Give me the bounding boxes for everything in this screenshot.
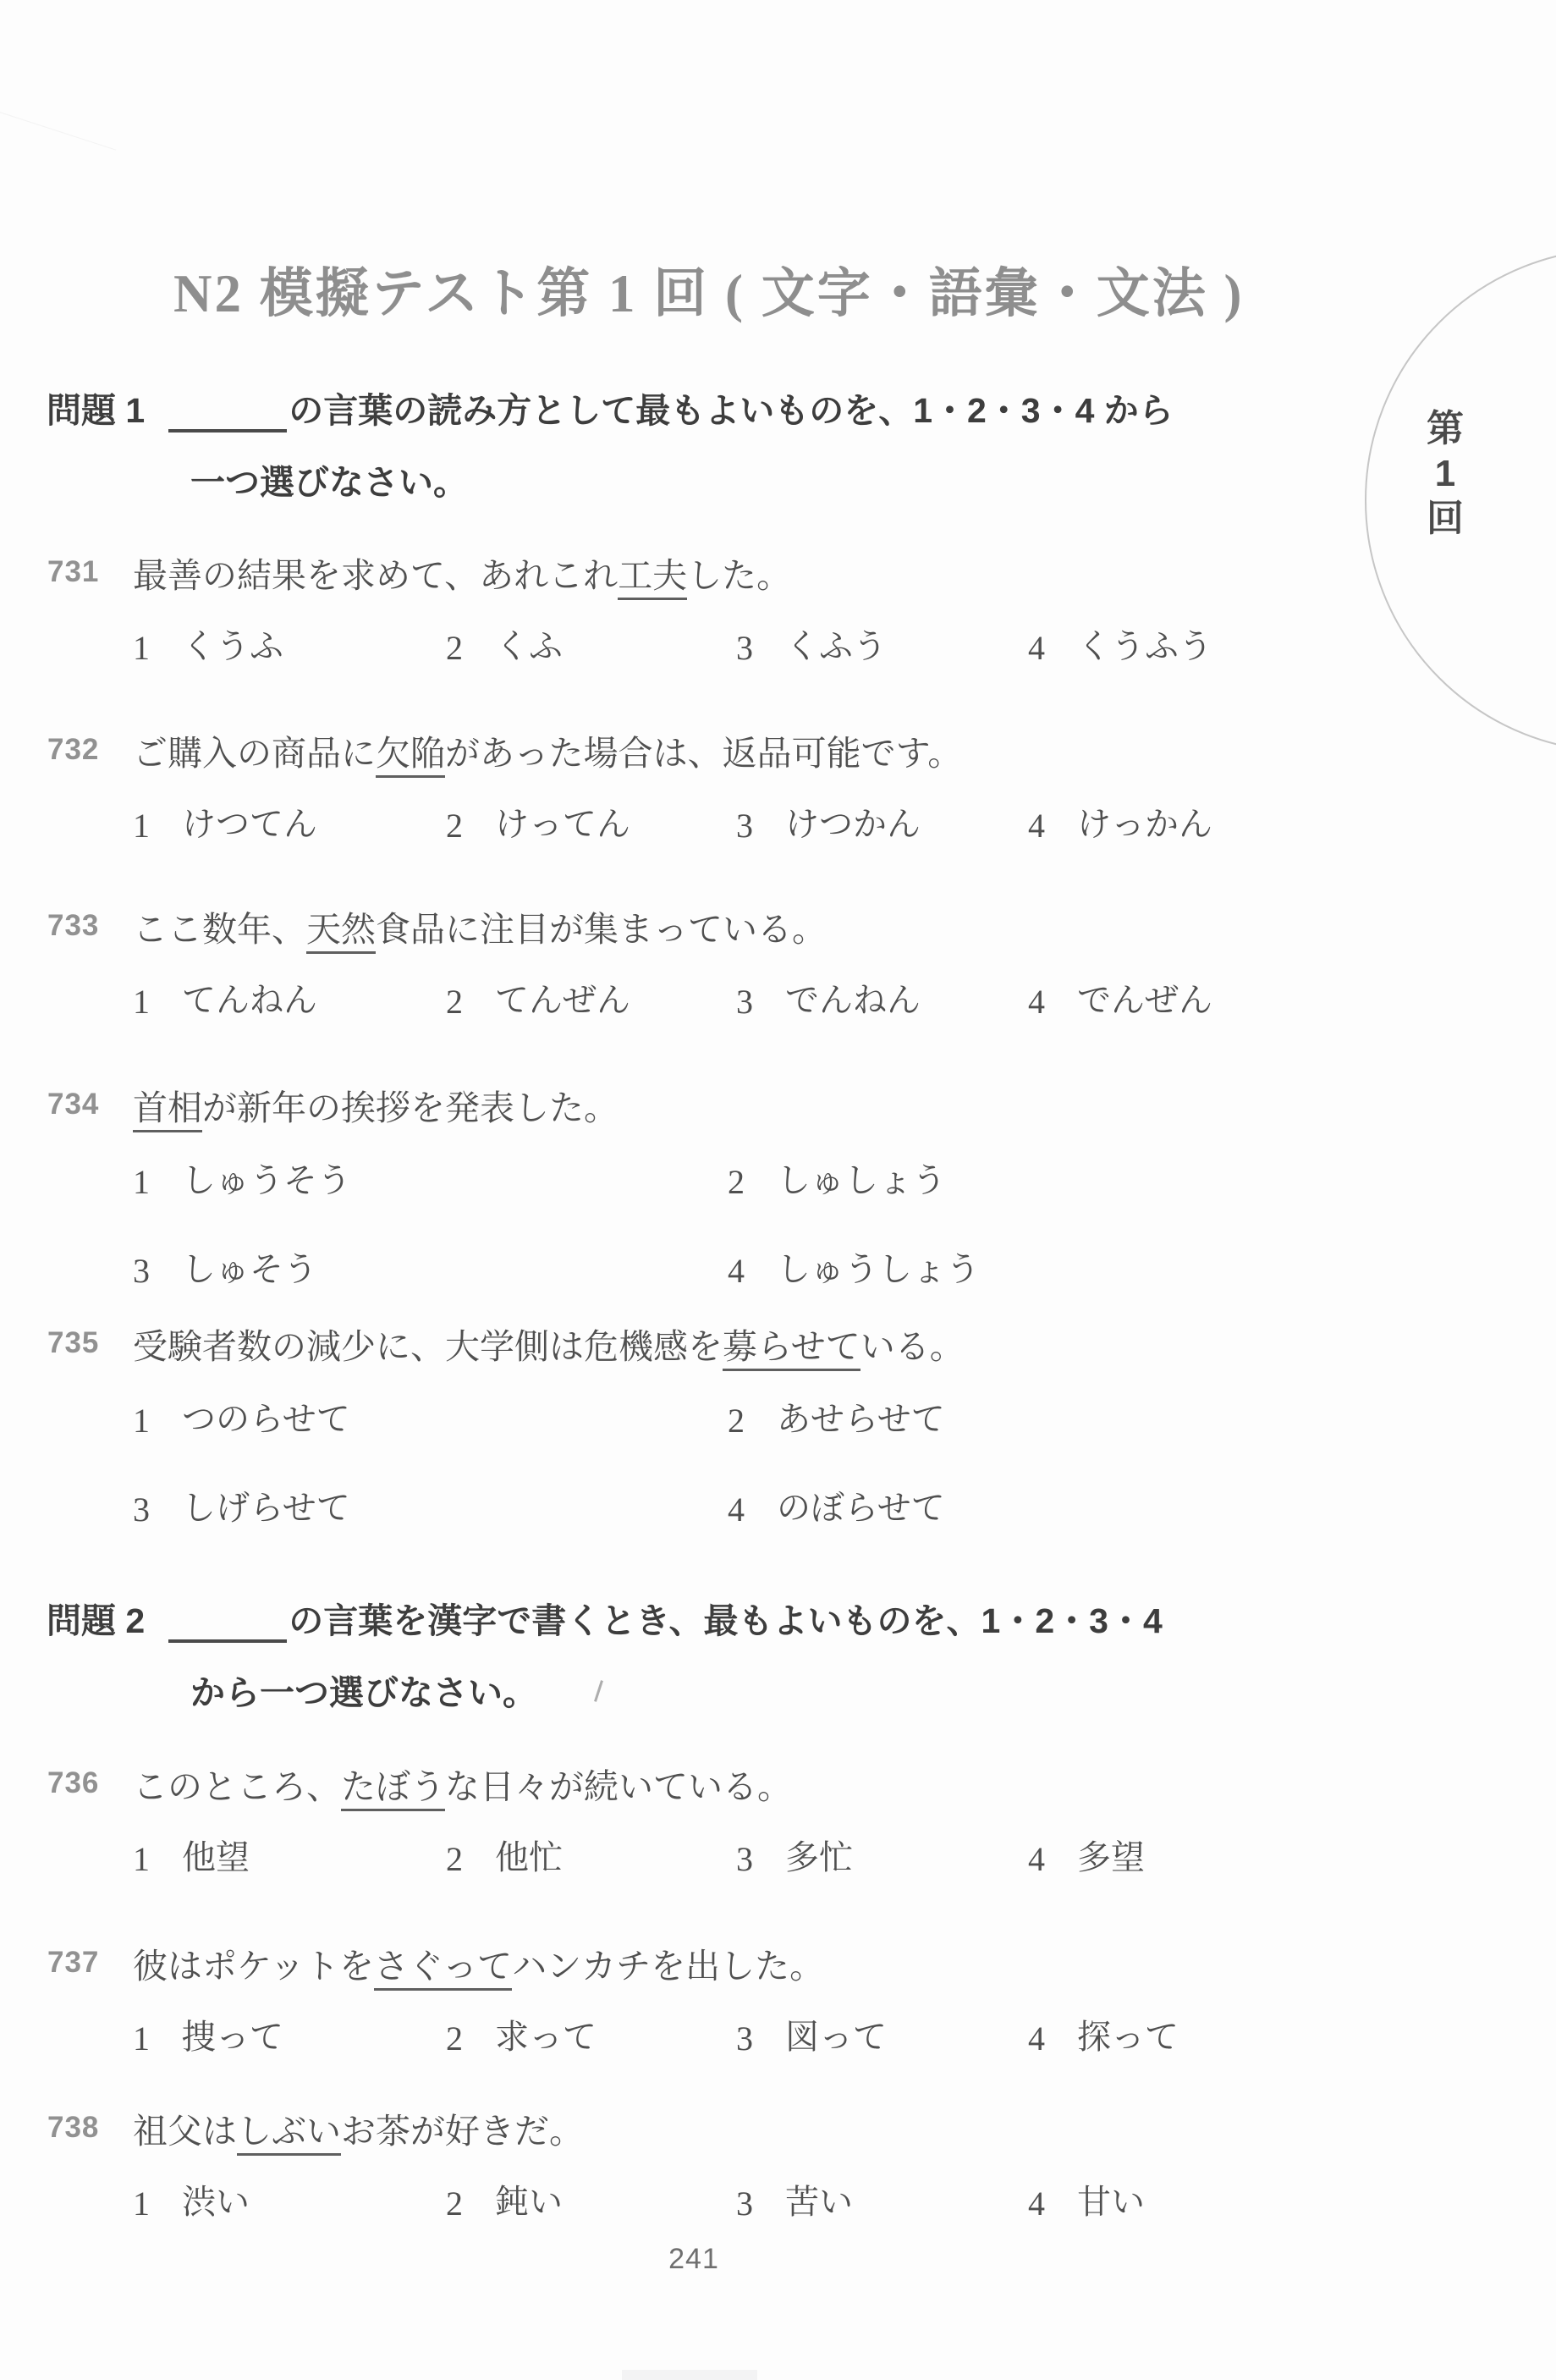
sentence-post: いる。 [860, 1327, 965, 1366]
page-title: N2 模擬テスト第 1 回 ( 文字・語彙・文法 ) [173, 251, 1240, 328]
section1-heading-line1: 問題 1 の言葉の読み方として最もよいものを、1・2・3・4 から [47, 383, 1174, 432]
option-text: くふ [495, 620, 563, 668]
option-number: 3 [736, 628, 753, 668]
option-text: けっかん [1077, 797, 1212, 846]
question-number: 735 [47, 1326, 99, 1360]
option-text: しげらせて [182, 1481, 350, 1529]
blank-underline [168, 1606, 287, 1643]
option-text: 他忙 [495, 1831, 563, 1879]
option-text: くうふう [1077, 620, 1212, 668]
section2-heading: 問題 2 の言葉を漢字で書くとき、最もよいものを、1・2・3・4 から一つ選びな… [47, 1593, 1163, 1715]
answer-option: 1つのらせて [133, 1392, 350, 1441]
answer-option: 4でんぜん [1028, 973, 1212, 1022]
option-text: しゅしょう [777, 1154, 946, 1202]
question-sentence: ここ数年、天然食品に注目が集まっている。 [133, 906, 827, 953]
question-number: 738 [47, 2111, 99, 2145]
option-number: 1 [133, 982, 150, 1022]
section1-label: 問題 1 [47, 383, 145, 432]
page-number: 241 [643, 2243, 745, 2276]
sentence-underlined-word: 欠陥 [376, 734, 445, 778]
answer-option: 3多忙 [736, 1831, 853, 1879]
option-number: 4 [728, 1490, 745, 1529]
answer-option: 2けってん [446, 797, 630, 846]
option-text: 探って [1077, 2010, 1179, 2058]
option-text: 渋い [182, 2175, 250, 2223]
option-number: 1 [133, 1162, 150, 1202]
sentence-post: が新年の挨拶を発表した。 [202, 1088, 619, 1127]
answer-option: 2鈍い [446, 2175, 563, 2223]
answer-option: 1渋い [133, 2175, 250, 2223]
question-sentence: 最善の結果を求めて、あれこれ工夫した。 [133, 552, 791, 599]
section1-instruction-line1: の言葉の読み方として最もよいものを、1・2・3・4 から [289, 383, 1174, 432]
option-number: 4 [1028, 2184, 1045, 2223]
scan-crease-artifact [0, 62, 132, 150]
question-number: 731 [47, 555, 99, 589]
question-number: 736 [47, 1766, 99, 1800]
option-number: 4 [1028, 806, 1045, 846]
question-number: 737 [47, 1946, 99, 1980]
section1-instruction-line2: 一つ選びなさい。 [190, 455, 1174, 504]
option-text: 図って [785, 2010, 887, 2058]
option-number: 2 [728, 1162, 745, 1202]
answer-option: 2てんぜん [446, 973, 630, 1022]
answer-option: 2求って [446, 2010, 597, 2058]
sentence-post: ハンカチを出した。 [512, 1947, 824, 1986]
answer-option: 4のぼらせて [728, 1481, 945, 1529]
option-number: 1 [133, 806, 150, 846]
answer-option: 1しゅうそう [133, 1154, 351, 1202]
answer-option: 3くふう [736, 620, 887, 668]
section2-instruction-line1: の言葉を漢字で書くとき、最もよいものを、1・2・3・4 [289, 1593, 1163, 1643]
sentence-pre: ここ数年、 [133, 910, 306, 949]
answer-option: 3けつかん [736, 797, 921, 846]
sentence-post: した。 [687, 556, 791, 595]
section1-heading: 問題 1 の言葉の読み方として最もよいものを、1・2・3・4 から 一つ選びなさ… [47, 383, 1174, 504]
sentence-pre: このところ、 [133, 1767, 341, 1806]
question-sentence: 彼はポケットをさぐってハンカチを出した。 [133, 1942, 824, 1990]
chapter-tab-char2: 1 [1410, 451, 1481, 496]
sentence-underlined-word: 首相 [133, 1088, 202, 1132]
section2-instruction-line2: から一つ選びなさい。 [190, 1665, 1163, 1715]
answer-option: 1捜って [133, 2010, 283, 2058]
sentence-pre: 最善の結果を求めて、あれこれ [133, 556, 618, 595]
option-number: 1 [133, 628, 150, 668]
option-text: けってん [495, 797, 630, 846]
question-sentence: 受験者数の減少に、大学側は危機感を募らせている。 [133, 1323, 965, 1370]
option-text: 多望 [1077, 1831, 1145, 1879]
question-sentence: このところ、たぼうな日々が続いている。 [133, 1763, 792, 1810]
test-page: N2 模擬テスト第 1 回 ( 文字・語彙・文法 ) 第 1 回 問題 1 の言… [0, 0, 1556, 2380]
section2-heading-line1: 問題 2 の言葉を漢字で書くとき、最もよいものを、1・2・3・4 [47, 1593, 1163, 1643]
sentence-pre: 受験者数の減少に、大学側は危機感を [133, 1327, 723, 1366]
question-number: 732 [47, 733, 99, 767]
option-text: でんぜん [1077, 973, 1212, 1022]
option-number: 4 [1028, 1839, 1045, 1879]
answer-option: 4探って [1028, 2010, 1179, 2058]
sentence-underlined-word: 天然 [306, 910, 376, 954]
chapter-tab-label: 第 1 回 [1410, 406, 1481, 541]
question-sentence: ご購入の商品に欠陥があった場合は、返品可能です。 [133, 730, 962, 777]
sentence-underlined-word: さぐって [374, 1947, 512, 1991]
sentence-pre: 彼はポケットを [133, 1947, 374, 1986]
sentence-post: な日々が続いている。 [445, 1767, 792, 1806]
sentence-underlined-word: 工夫 [618, 556, 687, 600]
blank-underline [168, 395, 287, 432]
option-number: 1 [133, 1839, 150, 1879]
sentence-underlined-word: たぼう [341, 1767, 445, 1811]
sentence-post: があった場合は、返品可能です。 [445, 734, 962, 773]
option-number: 4 [1028, 982, 1045, 1022]
answer-option: 4しゅうしょう [728, 1242, 980, 1291]
answer-option: 4多望 [1028, 1831, 1145, 1879]
option-number: 3 [736, 982, 753, 1022]
answer-option: 2くふ [446, 620, 563, 668]
answer-option: 1けつてん [133, 797, 317, 846]
answer-option: 4けっかん [1028, 797, 1212, 846]
option-text: 他望 [182, 1831, 250, 1879]
answer-option: 2あせらせて [728, 1392, 945, 1441]
chapter-tab-char1: 第 [1410, 406, 1481, 451]
option-number: 4 [728, 1251, 745, 1291]
answer-option: 1くうふ [133, 620, 283, 668]
chapter-tab-char3: 回 [1410, 496, 1481, 541]
option-text: つのらせて [182, 1392, 350, 1441]
scan-strip-artifact [622, 2370, 757, 2380]
option-text: けつてん [182, 797, 317, 846]
option-text: のぼらせて [777, 1481, 945, 1529]
option-number: 1 [133, 2184, 150, 2223]
option-text: 甘い [1077, 2175, 1145, 2223]
option-number: 1 [133, 1401, 150, 1441]
answer-option: 1てんねん [133, 973, 317, 1022]
option-text: てんぜん [495, 973, 630, 1022]
option-text: 苦い [785, 2175, 853, 2223]
option-number: 2 [728, 1401, 745, 1441]
option-text: 求って [495, 2010, 597, 2058]
option-text: 捜って [182, 2010, 283, 2058]
option-text: 多忙 [785, 1831, 853, 1879]
answer-option: 1他望 [133, 1831, 250, 1879]
option-number: 4 [1028, 628, 1045, 668]
answer-option: 3苦い [736, 2175, 853, 2223]
option-number: 2 [446, 628, 463, 668]
option-number: 2 [446, 2184, 463, 2223]
option-number: 1 [133, 2019, 150, 2058]
sentence-post: お茶が好きだ。 [341, 2112, 584, 2151]
answer-option: 4くうふう [1028, 620, 1212, 668]
option-number: 3 [736, 2019, 753, 2058]
option-number: 3 [736, 2184, 753, 2223]
question-number: 733 [47, 909, 99, 943]
option-number: 2 [446, 1839, 463, 1879]
option-text: しゅうそう [182, 1154, 351, 1202]
question-sentence: 祖父はしぶいお茶が好きだ。 [133, 2107, 584, 2155]
option-number: 2 [446, 806, 463, 846]
answer-option: 3でんねん [736, 973, 921, 1022]
answer-option: 3図って [736, 2010, 887, 2058]
sentence-underlined-word: 募らせて [723, 1327, 860, 1371]
option-text: しゅそう [182, 1242, 317, 1291]
option-number: 3 [133, 1490, 150, 1529]
answer-option: 3しげらせて [133, 1481, 350, 1529]
option-text: 鈍い [495, 2175, 563, 2223]
option-number: 3 [736, 1839, 753, 1879]
sentence-underlined-word: しぶい [237, 2112, 341, 2156]
option-number: 3 [736, 806, 753, 846]
option-text: けつかん [785, 797, 921, 846]
option-text: でんねん [785, 973, 921, 1022]
answer-option: 2しゅしょう [728, 1154, 946, 1202]
option-text: しゅうしょう [777, 1242, 980, 1291]
option-number: 3 [133, 1251, 150, 1291]
option-number: 2 [446, 2019, 463, 2058]
sentence-pre: ご購入の商品に [133, 734, 376, 773]
sentence-pre: 祖父は [133, 2112, 237, 2151]
answer-option: 3しゅそう [133, 1242, 317, 1291]
answer-option: 4甘い [1028, 2175, 1145, 2223]
option-number: 2 [446, 982, 463, 1022]
answer-option: 2他忙 [446, 1831, 563, 1879]
option-text: くうふ [182, 620, 283, 668]
option-number: 4 [1028, 2019, 1045, 2058]
option-text: てんねん [182, 973, 317, 1022]
section2-label: 問題 2 [47, 1593, 145, 1643]
question-sentence: 首相が新年の挨拶を発表した。 [133, 1084, 619, 1132]
sentence-post: 食品に注目が集まっている。 [376, 910, 827, 949]
question-number: 734 [47, 1088, 99, 1121]
option-text: あせらせて [777, 1392, 945, 1441]
option-text: くふう [785, 620, 887, 668]
